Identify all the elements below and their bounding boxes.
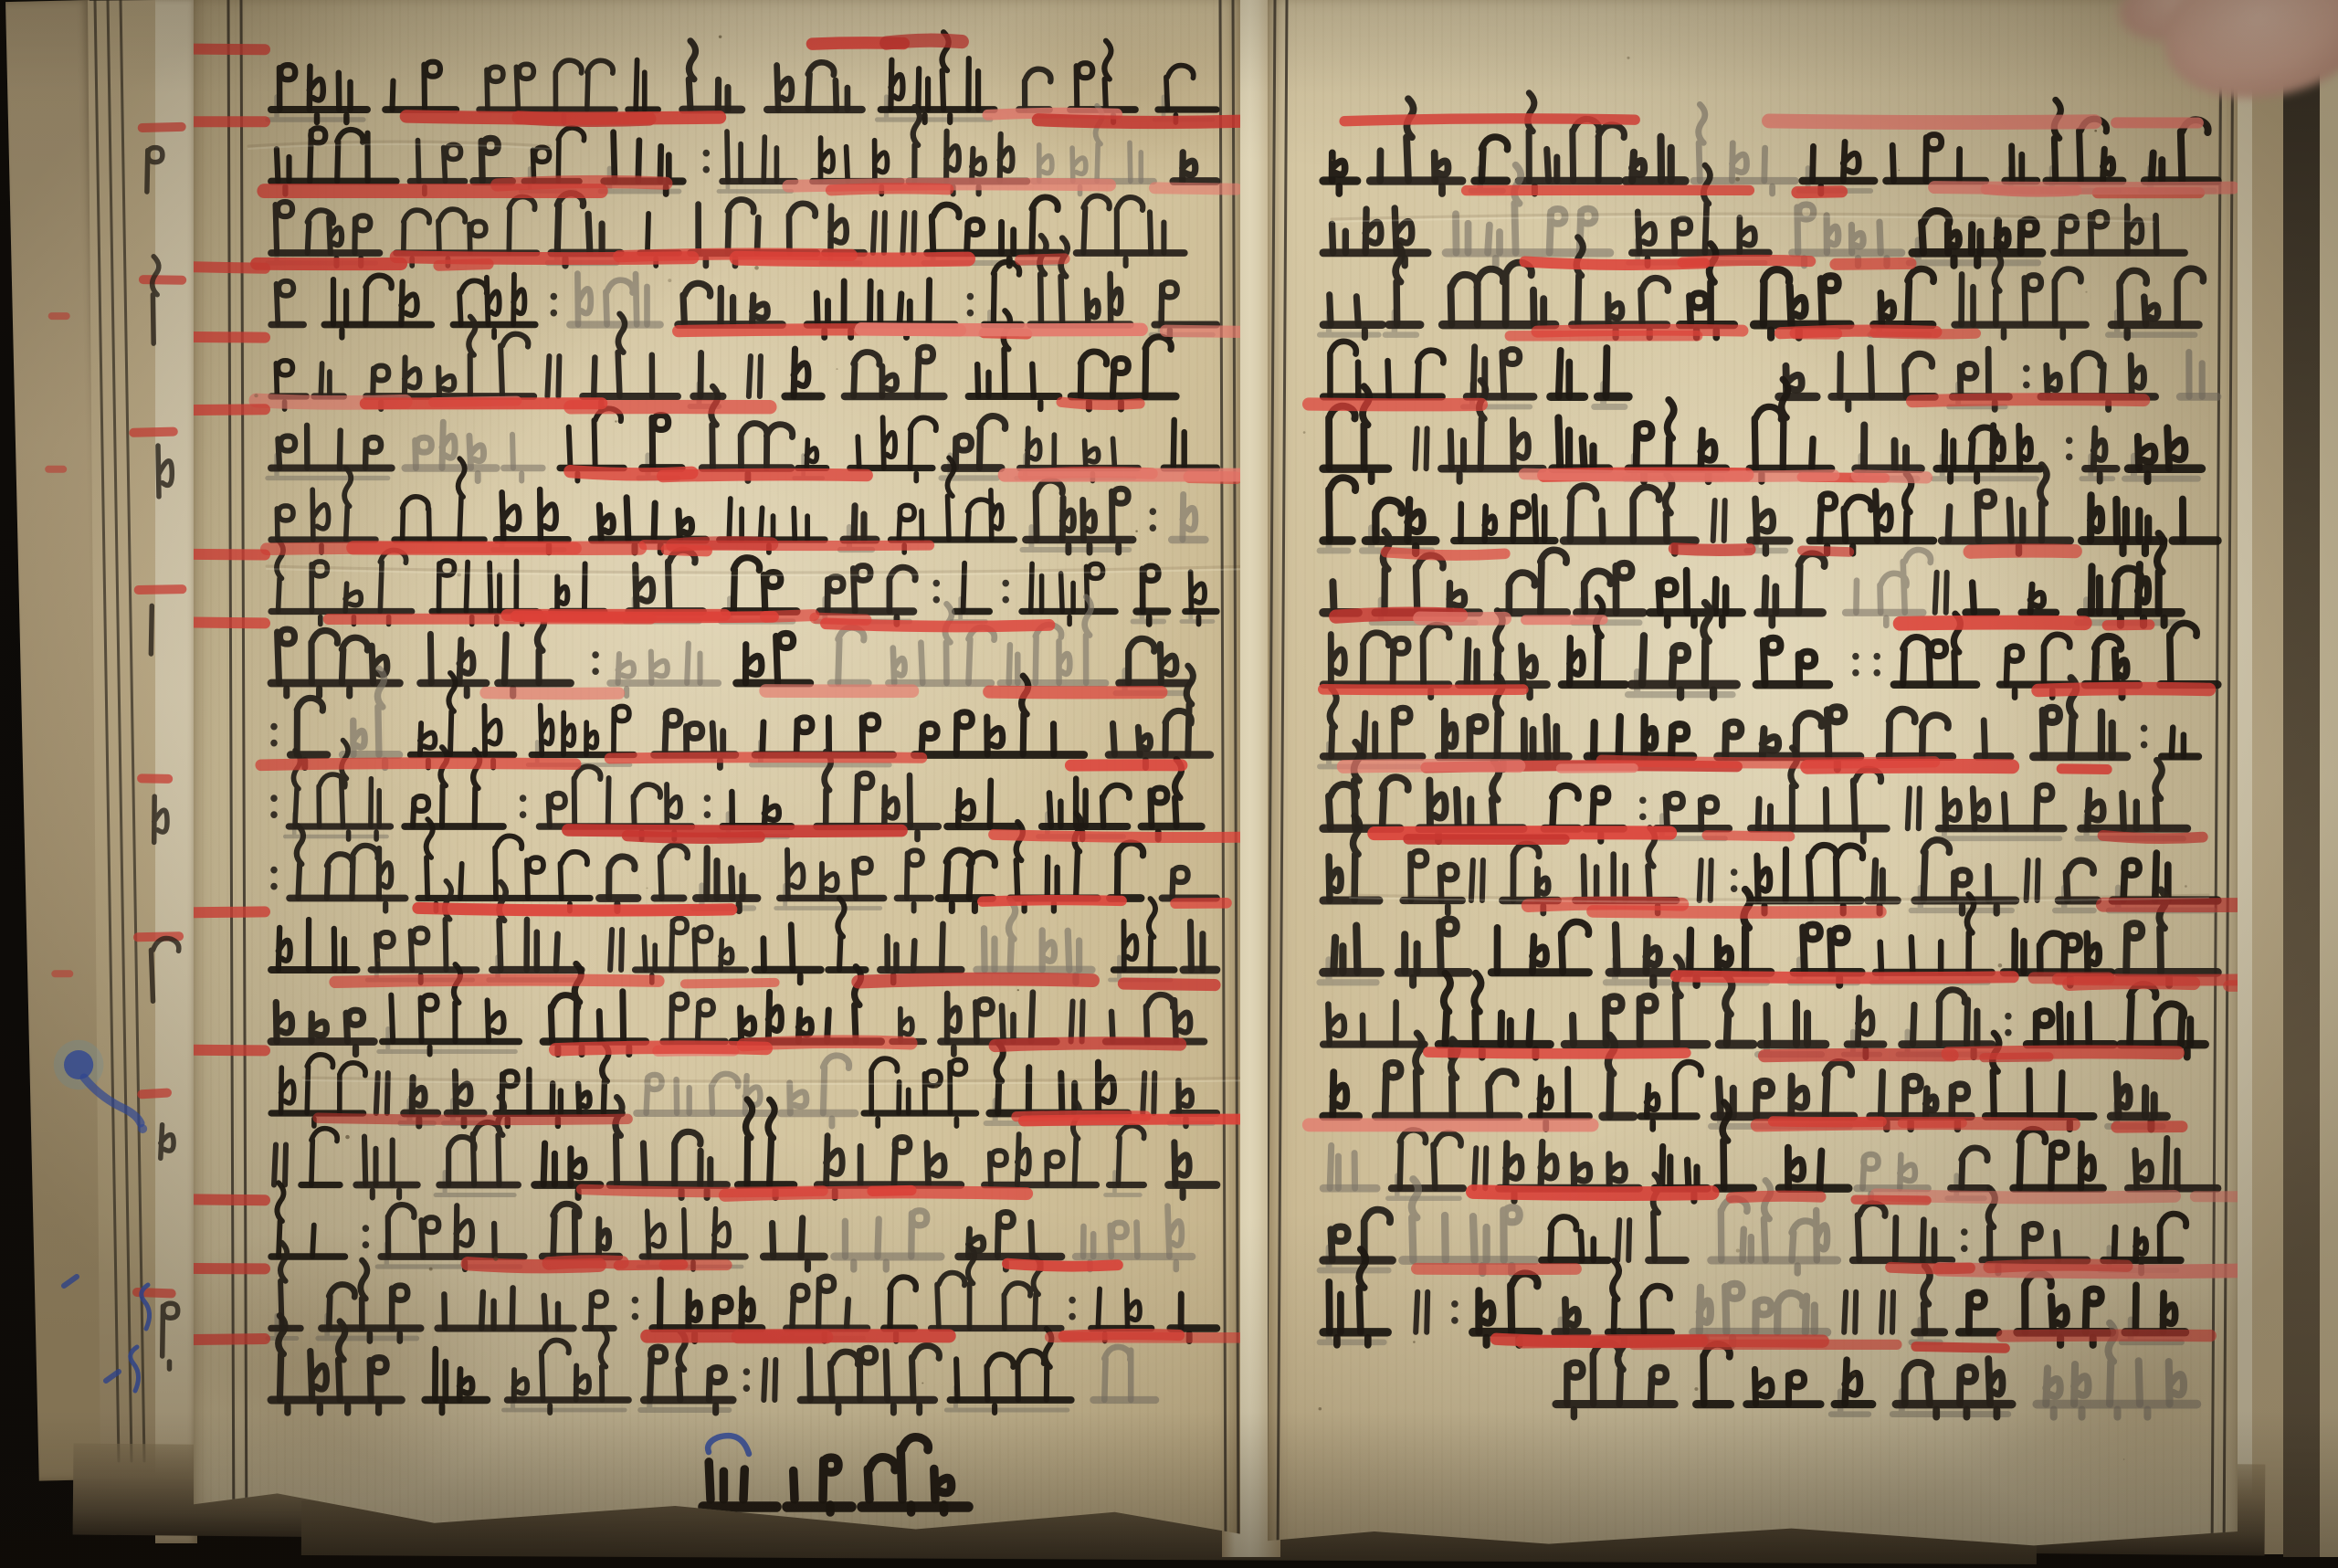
page-edge-shadow-gap [2283,0,2322,1557]
photo-of-open-manuscript [0,0,2338,1568]
left-manuscript-page [194,0,1240,1552]
page-edge-strip [2320,0,2338,1557]
right-manuscript-page [1268,0,2238,1558]
right-page-writing [1268,0,2238,1558]
page-edge-strip [2252,0,2285,1554]
page-edge-strip-highlight [2236,0,2252,1552]
left-stack-marks [0,0,201,1568]
left-page-writing [194,0,1240,1552]
